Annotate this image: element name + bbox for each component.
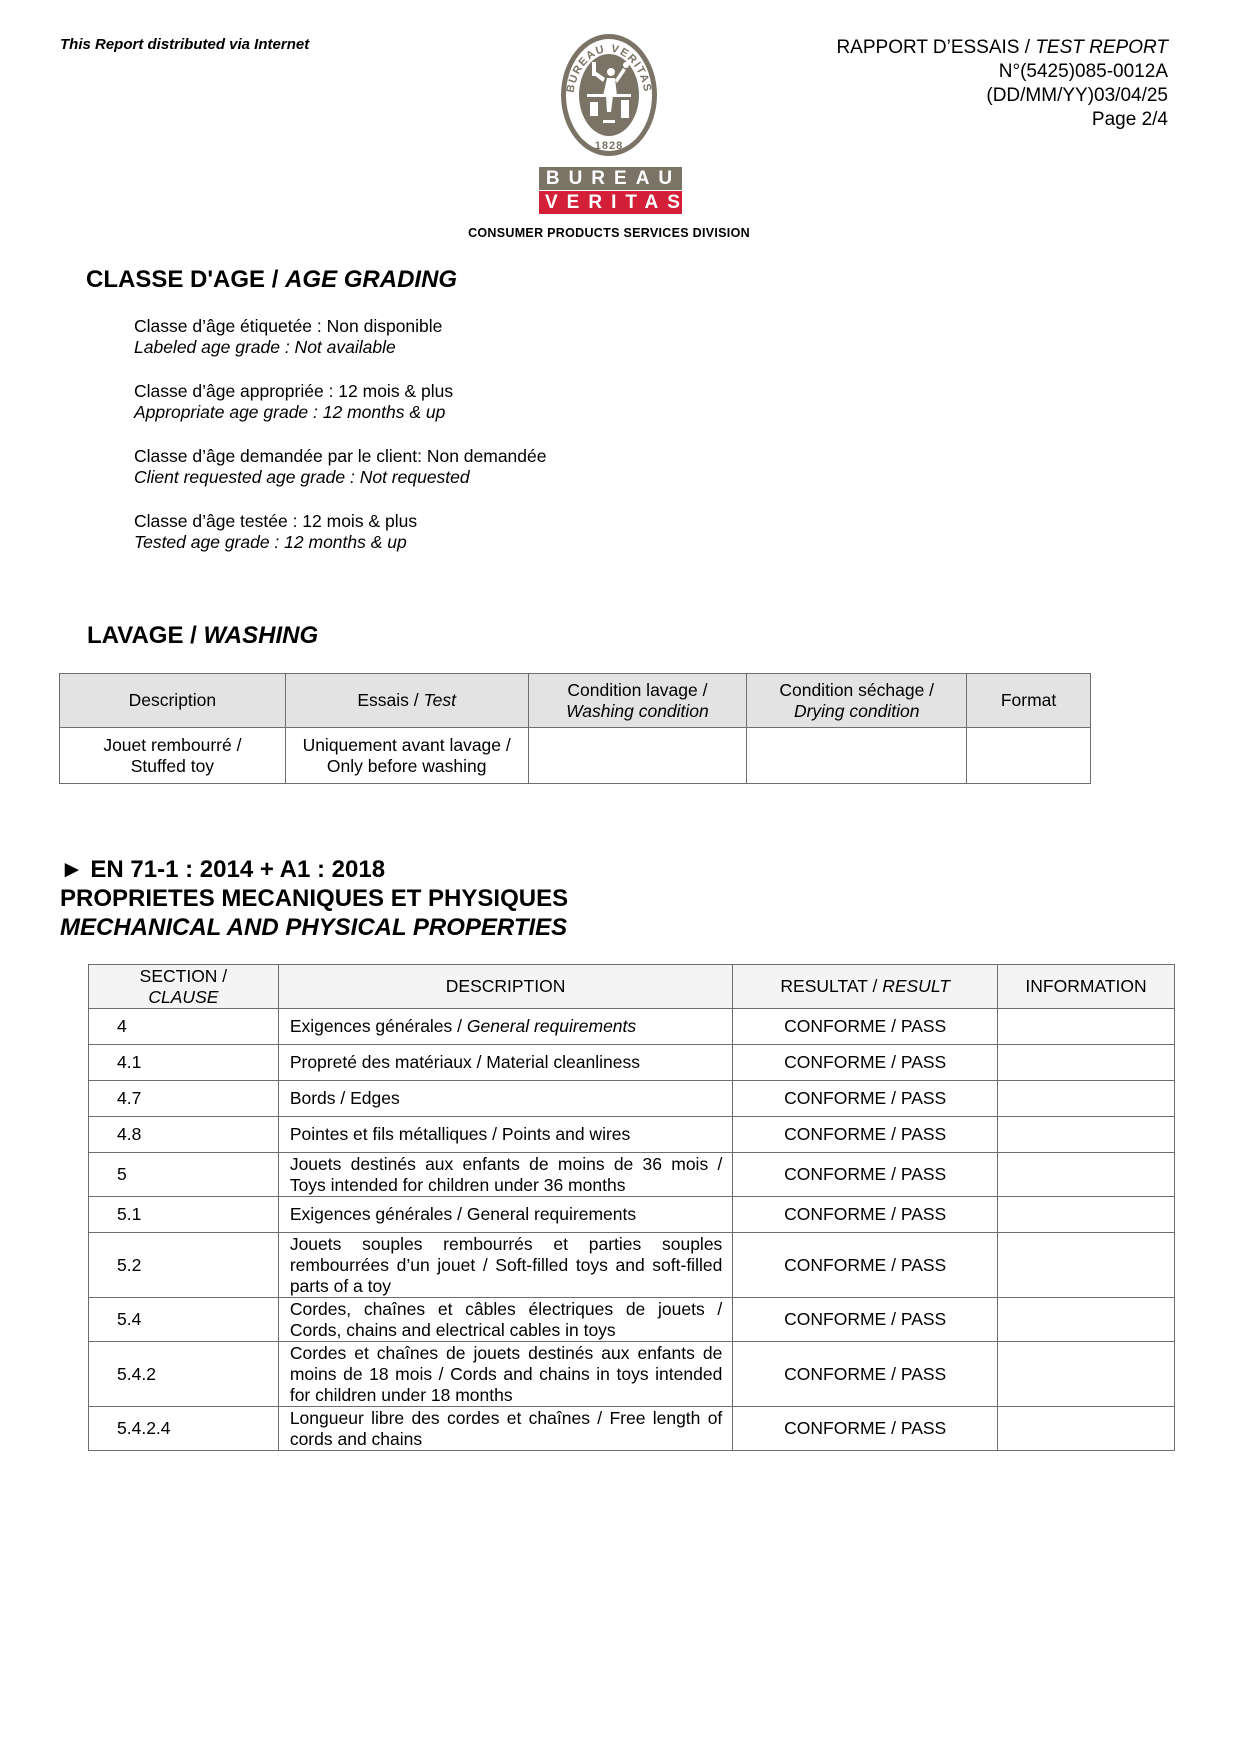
table-row: 5.4.2Cordes et chaînes de jouets destiné… (89, 1342, 1175, 1407)
report-date: (DD/MM/YY)03/04/25 (836, 84, 1168, 108)
cell-description: Exigences générales / General requiremen… (278, 1009, 732, 1045)
cell-section: 5.4 (89, 1298, 279, 1342)
cell-section: 4.8 (89, 1117, 279, 1153)
cell-result: CONFORME / PASS (733, 1045, 998, 1081)
cell-information (998, 1009, 1175, 1045)
standard-reference: ► EN 71-1 : 2014 + A1 : 2018 (60, 855, 568, 884)
col-result: RESULTAT / RESULT (733, 965, 998, 1009)
table-row: 5.2Jouets souples rembourrés et parties … (89, 1233, 1175, 1298)
distribution-note: This Report distributed via Internet (60, 36, 309, 53)
cell-result: CONFORME / PASS (733, 1153, 998, 1197)
table-row: 4.1Propreté des matériaux / Material cle… (89, 1045, 1175, 1081)
cell-description: Longueur libre des cordes et chaînes / F… (278, 1407, 732, 1451)
cell-description: Cordes et chaînes de jouets destinés aux… (278, 1342, 732, 1407)
division-name: CONSUMER PRODUCTS SERVICES DIVISION (0, 226, 1240, 240)
svg-text:1828: 1828 (595, 140, 623, 152)
table-row: 4.8Pointes et fils métalliques / Points … (89, 1117, 1175, 1153)
age-item-appropriate: Classe d’âge appropriée : 12 mois & plus… (134, 381, 547, 423)
cell-result: CONFORME / PASS (733, 1342, 998, 1407)
brand-bureau: BUREAU (539, 167, 682, 190)
cell-section: 5.4.2 (89, 1342, 279, 1407)
cell-information (998, 1045, 1175, 1081)
cell-information (998, 1197, 1175, 1233)
col-test: Essais / Test (285, 674, 528, 728)
cell-section: 5.4.2.4 (89, 1407, 279, 1451)
cell-section: 5 (89, 1153, 279, 1197)
washing-header-row: Description Essais / Test Condition lava… (60, 674, 1091, 728)
table-row: 4Exigences générales / General requireme… (89, 1009, 1175, 1045)
cell-drying-condition (747, 728, 967, 784)
seal-icon: BUREAU VERITAS 1828 (559, 32, 659, 158)
cell-result: CONFORME / PASS (733, 1298, 998, 1342)
col-drying-condition: Condition séchage /Drying condition (747, 674, 967, 728)
cell-description: Exigences générales / General requiremen… (278, 1197, 732, 1233)
cell-information (998, 1407, 1175, 1451)
cell-result: CONFORME / PASS (733, 1009, 998, 1045)
cell-section: 4.1 (89, 1045, 279, 1081)
cell-information (998, 1298, 1175, 1342)
cell-section: 5.1 (89, 1197, 279, 1233)
age-grading-title: CLASSE D'AGE / AGE GRADING (86, 266, 457, 294)
col-washing-condition: Condition lavage /Washing condition (528, 674, 747, 728)
table-row: 4.7Bords / EdgesCONFORME / PASS (89, 1081, 1175, 1117)
report-meta: RAPPORT D’ESSAIS / TEST REPORT N°(5425)0… (836, 36, 1168, 132)
age-grading-list: Classe d’âge étiquetée : Non disponible … (134, 316, 547, 576)
mechanical-table: SECTION /CLAUSE DESCRIPTION RESULTAT / R… (88, 964, 1175, 1451)
cell-result: CONFORME / PASS (733, 1233, 998, 1298)
table-row: 5.4.2.4Longueur libre des cordes et chaî… (89, 1407, 1175, 1451)
washing-title: LAVAGE / WASHING (87, 622, 318, 650)
cell-description: Cordes, chaînes et câbles électriques de… (278, 1298, 732, 1342)
cell-result: CONFORME / PASS (733, 1081, 998, 1117)
mechanical-title: ► EN 71-1 : 2014 + A1 : 2018 PROPRIETES … (60, 855, 568, 942)
cell-result: CONFORME / PASS (733, 1197, 998, 1233)
cell-result: CONFORME / PASS (733, 1407, 998, 1451)
cell-section: 4 (89, 1009, 279, 1045)
age-item-tested: Classe d’âge testée : 12 mois & plus Tes… (134, 511, 547, 553)
cell-description: Bords / Edges (278, 1081, 732, 1117)
cell-section: 4.7 (89, 1081, 279, 1117)
col-description: DESCRIPTION (278, 965, 732, 1009)
table-row: 5Jouets destinés aux enfants de moins de… (89, 1153, 1175, 1197)
cell-description: Jouet rembourré /Stuffed toy (60, 728, 286, 784)
cell-section: 5.2 (89, 1233, 279, 1298)
col-description: Description (60, 674, 286, 728)
report-title: RAPPORT D’ESSAIS / TEST REPORT (836, 36, 1168, 60)
cell-description: Pointes et fils métalliques / Points and… (278, 1117, 732, 1153)
col-information: INFORMATION (998, 965, 1175, 1009)
page-number: Page 2/4 (836, 108, 1168, 132)
cell-result: CONFORME / PASS (733, 1117, 998, 1153)
col-section: SECTION /CLAUSE (89, 965, 279, 1009)
report-number: N°(5425)085-0012A (836, 60, 1168, 84)
table-row: 5.4Cordes, chaînes et câbles électriques… (89, 1298, 1175, 1342)
cell-format (967, 728, 1091, 784)
mechanical-header-row: SECTION /CLAUSE DESCRIPTION RESULTAT / R… (89, 965, 1175, 1009)
table-row: 5.1Exigences générales / General require… (89, 1197, 1175, 1233)
cell-information (998, 1153, 1175, 1197)
cell-information (998, 1081, 1175, 1117)
cell-information (998, 1117, 1175, 1153)
cell-test: Uniquement avant lavage /Only before was… (285, 728, 528, 784)
washing-table: Description Essais / Test Condition lava… (59, 673, 1091, 784)
brand-veritas: VERITAS (539, 191, 682, 214)
cell-washing-condition (528, 728, 747, 784)
cell-information (998, 1233, 1175, 1298)
cell-description: Propreté des matériaux / Material cleanl… (278, 1045, 732, 1081)
cell-description: Jouets souples rembourrés et parties sou… (278, 1233, 732, 1298)
age-item-labeled: Classe d’âge étiquetée : Non disponible … (134, 316, 547, 358)
cell-information (998, 1342, 1175, 1407)
col-format: Format (967, 674, 1091, 728)
age-item-client-requested: Classe d’âge demandée par le client: Non… (134, 446, 547, 488)
cell-description: Jouets destinés aux enfants de moins de … (278, 1153, 732, 1197)
table-row: Jouet rembourré /Stuffed toy Uniquement … (60, 728, 1091, 784)
